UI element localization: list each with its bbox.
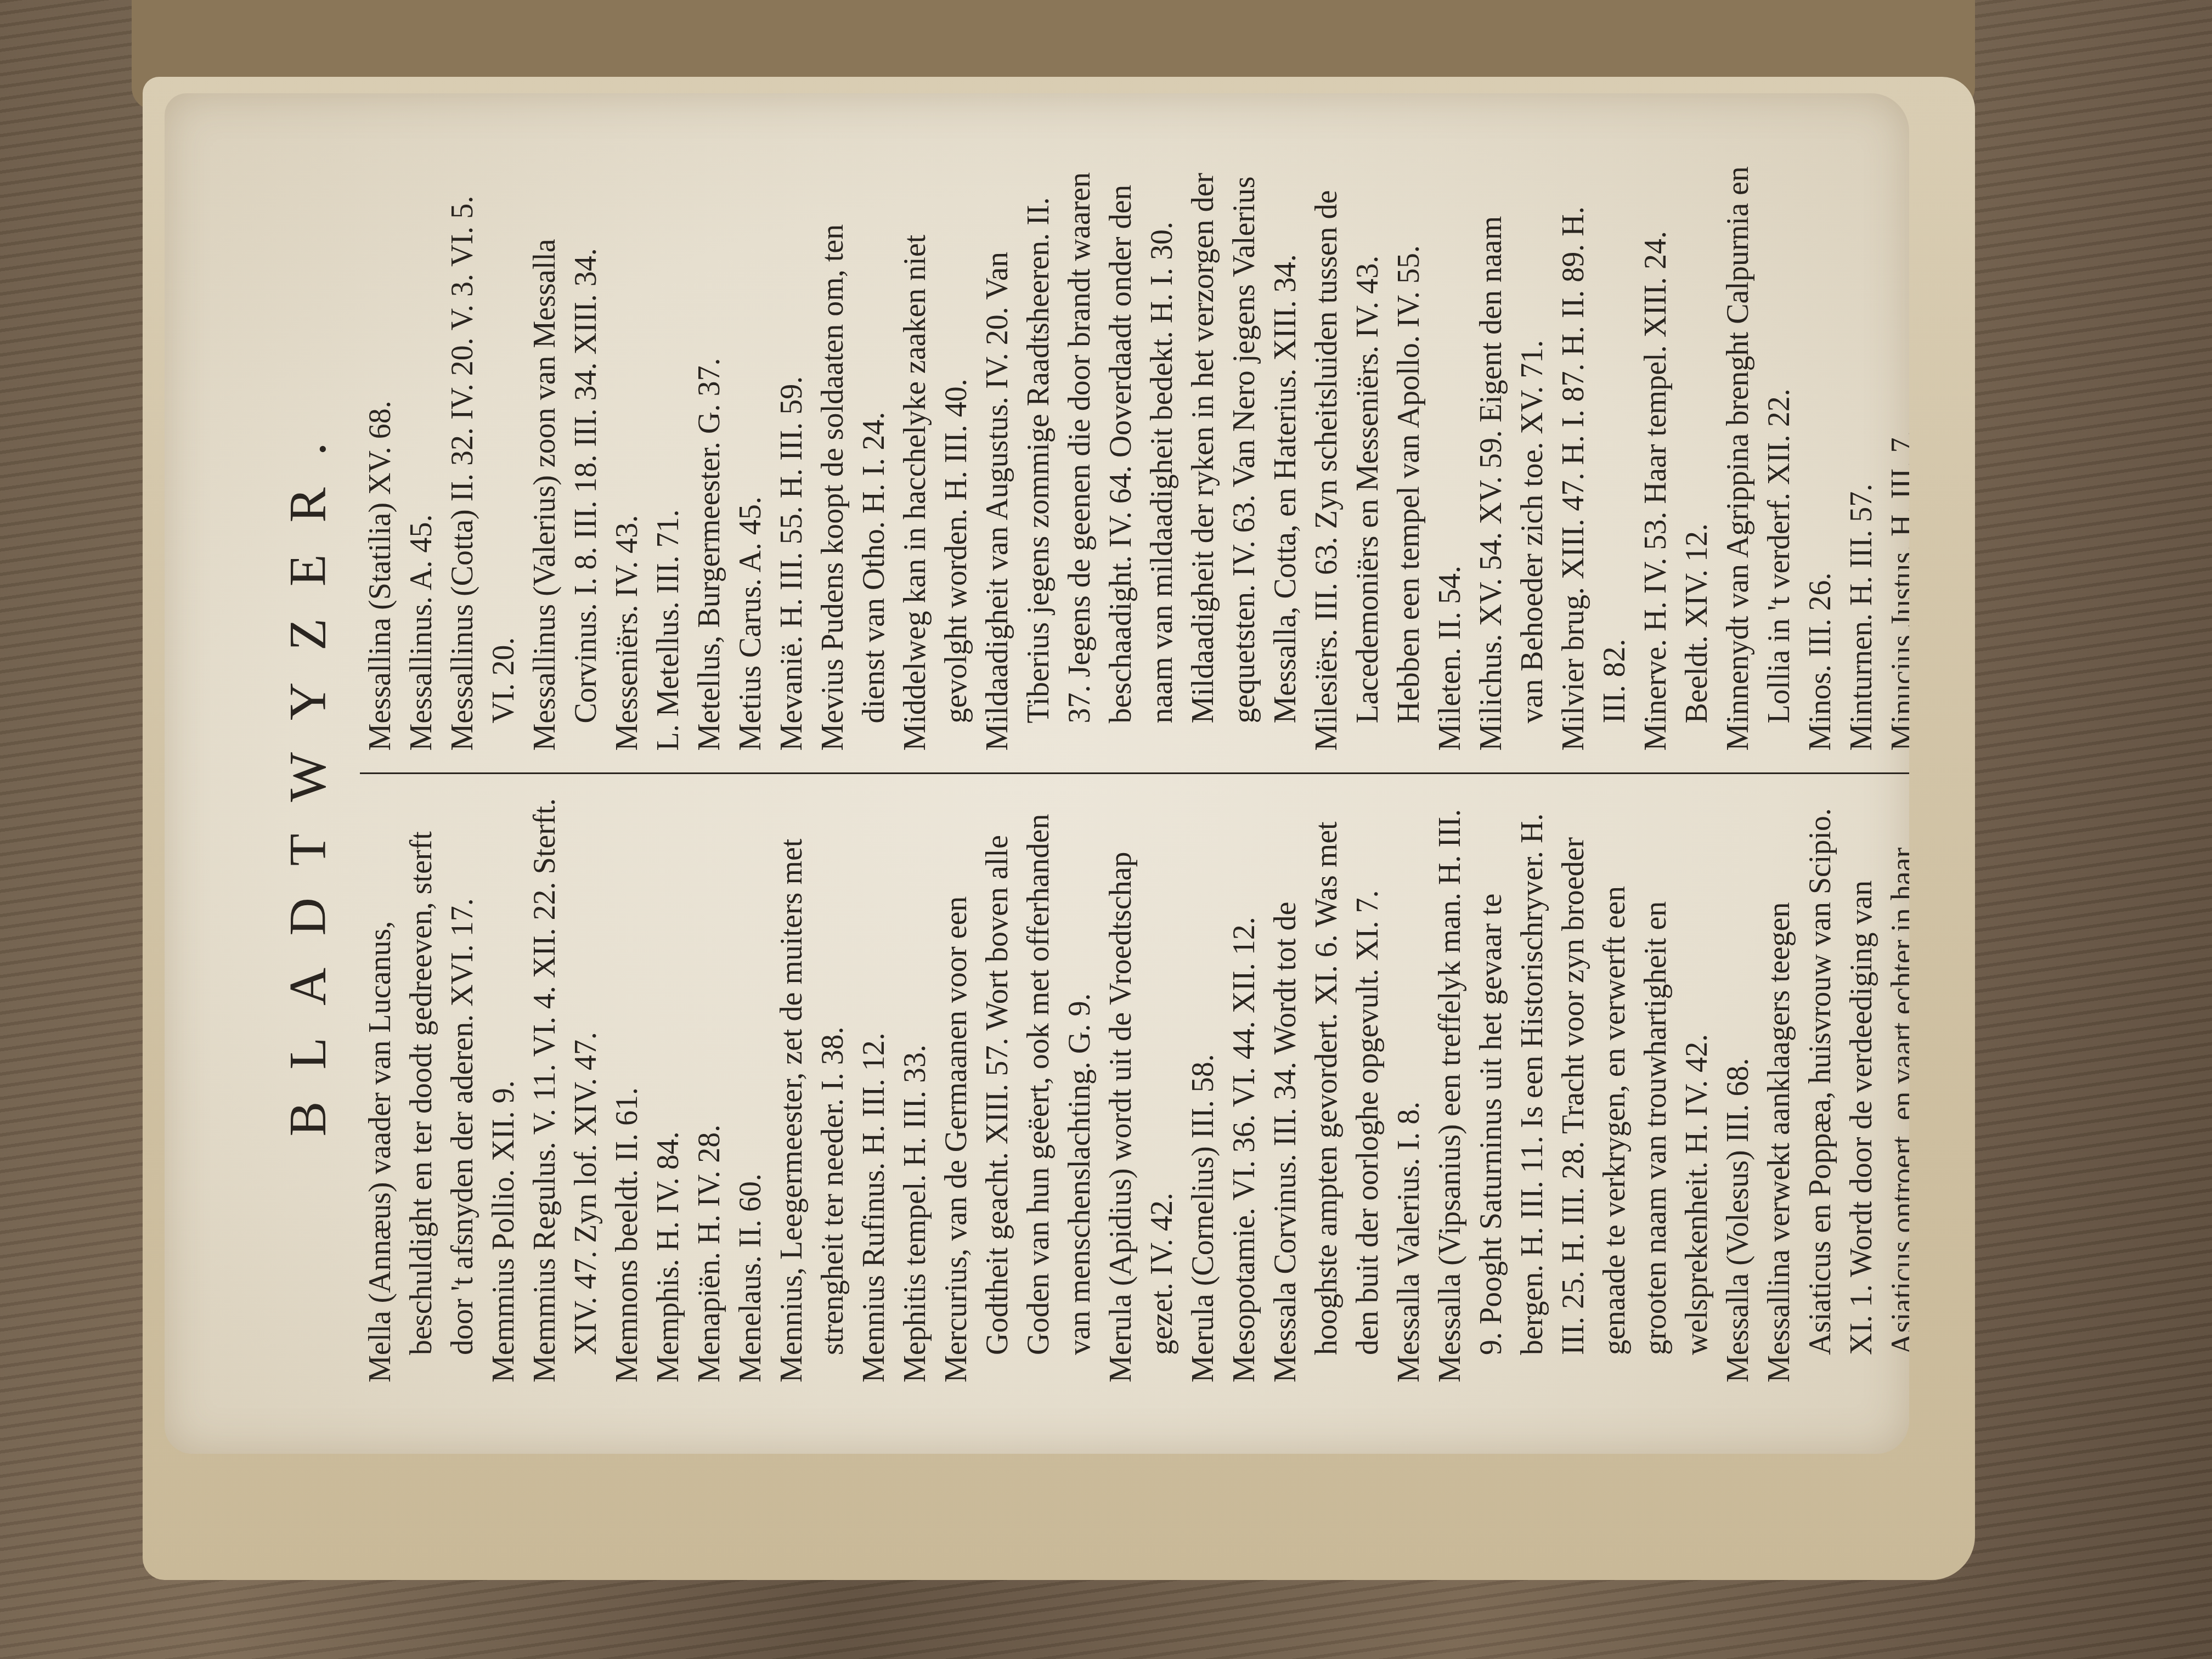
index-entry: Minturnen. H. III. 57. xyxy=(1841,165,1882,751)
index-entry: Messallinus (Cotta) II. 32. IV. 20. V. 3… xyxy=(442,165,524,751)
index-entry: Memmius Regulus. V. 11. VI. 4. XII. 22. … xyxy=(524,797,607,1383)
rotated-page-content: BLADTWYZER. Mella (Annæus) vaader van Lu… xyxy=(255,143,1819,1404)
book-page: BLADTWYZER. Mella (Annæus) vaader van Lu… xyxy=(165,93,1909,1454)
index-entry: L. Metellus. III. 71. xyxy=(648,165,689,751)
index-entry: Menelaus. II. 60. xyxy=(730,797,771,1383)
index-entry: Messallina (Statilia) XV. 68. xyxy=(360,165,401,751)
index-entry: Messalla Valerius. I. 8. xyxy=(1389,797,1430,1383)
index-entry: Mevius Pudens koopt de soldaaten om, ten… xyxy=(812,165,895,751)
page-heading: BLADTWYZER. xyxy=(277,143,338,1404)
index-entry: Messallinus. A. 45. xyxy=(401,165,442,751)
index-entry: Milichus. XV. 54. XV. 59. Eigent den naa… xyxy=(1471,165,1553,751)
right-column: Messallina (Statilia) XV. 68.Messallinus… xyxy=(360,143,1909,773)
index-entry: Memmius Pollio. XII. 9. xyxy=(483,797,524,1383)
index-entry: Metius Carus. A. 45. xyxy=(730,165,771,751)
index-entry: Mileten. II. 54. xyxy=(1430,165,1471,751)
index-entry: Middelweg kan in hacchelyke zaaken niet … xyxy=(895,165,977,751)
index-entry: Messalla (Volesus) III. 68. xyxy=(1718,797,1759,1383)
index-entry: Messallinus (Valerius) zoon van Messalla… xyxy=(524,165,607,751)
index-entry: Minos. III. 26. xyxy=(1800,165,1841,751)
index-entry: Minnenydt van Agrippina brenght Calpurni… xyxy=(1718,165,1800,751)
index-entry: Messalla (Vipsanius) een treffelyk man. … xyxy=(1430,797,1718,1383)
index-entry: Mildaadigheit van Augustus. IV. 20. Van … xyxy=(977,165,1306,751)
index-entry: Messala Corvinus. III. 34. Wordt tot de … xyxy=(1265,797,1389,1383)
index-entry: Merula (Apidius) wordt uit de Vroedtscha… xyxy=(1101,797,1183,1383)
index-entry: Mevanië. H. III. 55. H. III. 59. xyxy=(771,165,812,751)
index-entry: Milvier brug. XIII. 47. H. I. 87. H. II.… xyxy=(1553,165,1635,751)
index-entry: Mesopotamie. VI. 36. VI. 44. XII. 12. xyxy=(1224,797,1265,1383)
index-entry: Messeniërs. IV. 43. xyxy=(607,165,648,751)
index-entry: Menapiën. H. IV. 28. xyxy=(689,797,730,1383)
index-entry: Mercurius, van de Germaanen voor een God… xyxy=(936,797,1101,1383)
index-entry: Metellus, Burgermeester. G. 37. xyxy=(689,165,730,751)
left-column: Mella (Annæus) vaader van Lucanus, besch… xyxy=(360,773,1909,1405)
index-entry: Mella (Annæus) vaader van Lucanus, besch… xyxy=(360,797,483,1383)
index-entry: Mephitis tempel. H. III. 33. xyxy=(895,797,936,1383)
index-entry: Memphis. H. IV. 84. xyxy=(648,797,689,1383)
index-entry: Minerve. H. IV. 53. Haar tempel. XIII. 2… xyxy=(1635,165,1718,751)
index-entry: Mennius Rufinus. H. III. 12. xyxy=(854,797,895,1383)
index-entry: Messallina verwekt aanklaagers teegen As… xyxy=(1759,797,1909,1383)
index-entry: Mennius, Leegermeester, zet de muiters m… xyxy=(771,797,854,1383)
index-entry: Memnons beeldt. II. 61. xyxy=(607,797,648,1383)
index-entry: Milesiërs. III. 63. Zyn scheitsluiden tu… xyxy=(1306,165,1430,751)
index-entry: Merula (Cornelius) III. 58. xyxy=(1183,797,1224,1383)
index-columns: Mella (Annæus) vaader van Lucanus, besch… xyxy=(360,143,1909,1404)
index-entry: Minucius Justus. H. III. 7. xyxy=(1882,165,1909,751)
